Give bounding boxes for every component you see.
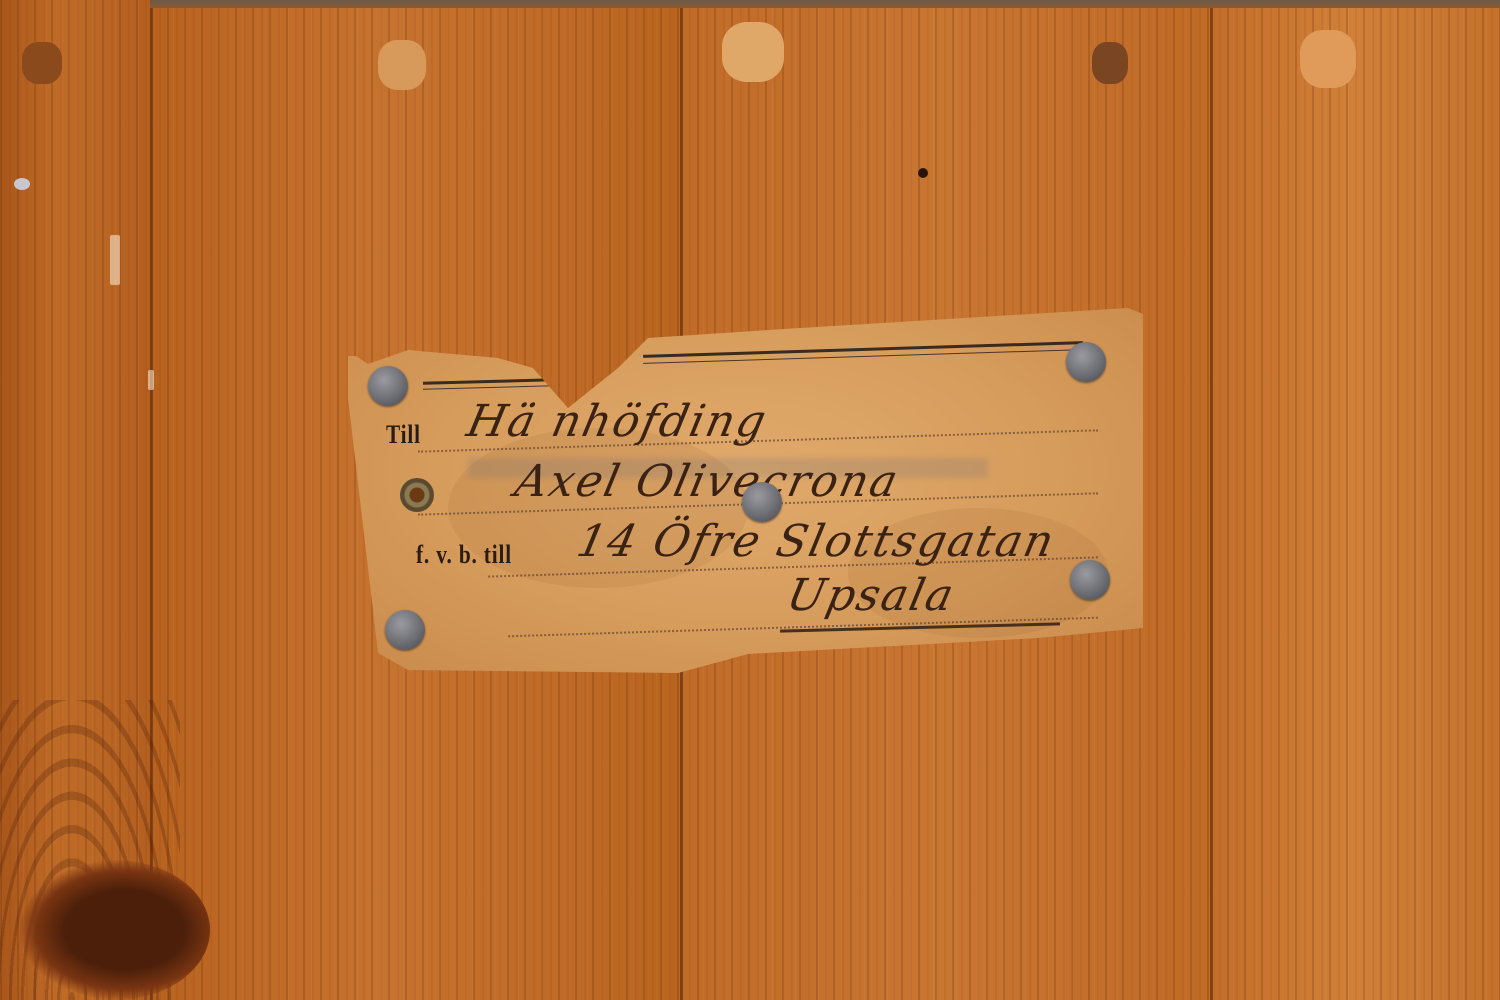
printed-rule <box>423 385 553 389</box>
board-seam <box>1210 0 1213 1000</box>
nail-head <box>742 482 782 522</box>
printed-fvb-till: f. v. b. till <box>416 540 512 570</box>
printed-till: Till <box>386 420 421 450</box>
handwritten-title: Hä nhöfding <box>463 396 773 447</box>
panel-top-edge <box>150 0 1500 8</box>
handwritten-name: Axel Olivecrona <box>511 456 904 507</box>
nail-head <box>1066 342 1106 382</box>
nail-head <box>385 610 425 650</box>
scratch <box>148 370 154 390</box>
handwritten-city: Upsala <box>783 570 960 621</box>
nail-head <box>368 366 408 406</box>
scratch <box>110 235 120 285</box>
wood-peg <box>378 40 426 90</box>
nail-head <box>14 178 30 190</box>
printed-rule <box>423 378 553 384</box>
nail-hole <box>918 168 928 178</box>
wood-peg <box>1300 30 1356 88</box>
label-eyelet <box>400 478 434 512</box>
nail-head <box>1070 560 1110 600</box>
shipping-label: Till f. v. b. till Hä nhöfding Axel Oliv… <box>348 308 1143 673</box>
handwritten-street: 14 Öfre Slottsgatan <box>573 516 1061 567</box>
wood-peg <box>722 22 784 82</box>
wood-board <box>1210 0 1500 1000</box>
wood-peg <box>22 42 62 84</box>
wood-peg <box>1092 42 1128 84</box>
wood-panel-photo: Till f. v. b. till Hä nhöfding Axel Oliv… <box>0 0 1500 1000</box>
printed-rule <box>643 349 1083 364</box>
wood-knot <box>20 860 210 1000</box>
